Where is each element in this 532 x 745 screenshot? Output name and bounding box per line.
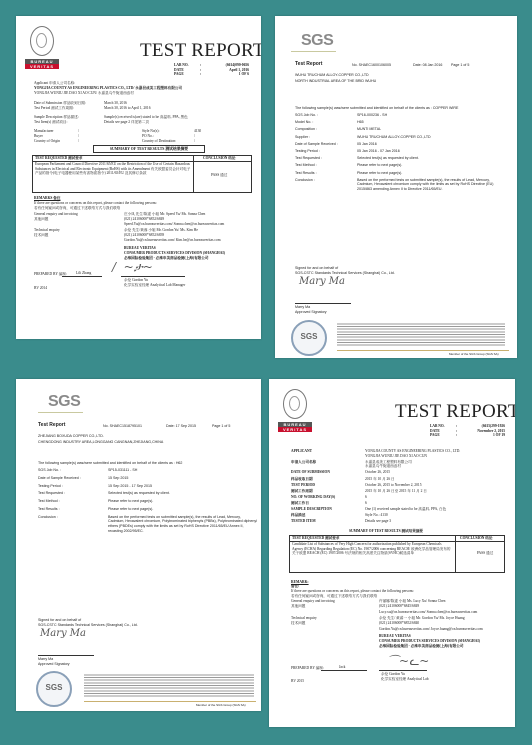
conclusion-pass: PASS 通过 (470, 551, 500, 556)
field-label: Test Results : (295, 171, 317, 176)
field-value: Selected test(s) as requested by client. (108, 491, 258, 496)
applicant-address: YONGJIA WUNIU JIE DAO XI AO CUN/ 永嘉县乌牛街道… (34, 91, 134, 96)
field-label: Test Requested : (295, 156, 322, 161)
field-value: 6 (365, 495, 505, 500)
sgs-seal-icon: SGS (36, 671, 72, 707)
applicant-name: YONGJIA COUNTY AS ENGINEERING PLASTICS C… (34, 86, 182, 91)
field-value: Sample(s) received is(are) stated to be … (104, 115, 188, 120)
field-value: 2015 年 10 月 26 日至 2015 年 11 月 2 日 (365, 489, 505, 494)
field-value: SP15-031111 - SH (108, 468, 258, 473)
field-label: TESTED ITEM (291, 519, 316, 524)
field-value: MUNTI METAL (357, 127, 507, 132)
field-value: Based on the performed tests on submitte… (108, 515, 258, 533)
contact-email[interactable]: Gordon.Yu@cn.bureauveritas.com/ Joyce.hu… (379, 627, 483, 632)
legal-fine-print (84, 674, 254, 698)
field-value: 05 Jan 2016 - 07 Jan 2016 (357, 149, 507, 154)
field-value: 15 Sep 2015 - 17 Sep 2015 (108, 484, 258, 489)
field-value: 05 Jan 2016 (357, 142, 507, 147)
bureau-veritas-logo: BUREAU VERITAS (25, 26, 59, 69)
test-report-sgs-h62: SGS Test Report No. SHAEC1518795101 Date… (16, 379, 261, 711)
field-value: Selected test(s) as requested by client. (357, 156, 507, 161)
results-table: TEST REQUESTED 测试要求 CONCLUSION 结论 Candid… (289, 535, 505, 573)
field-label: Date of Sample Received : (38, 476, 81, 481)
field-value: Please refer to next page(s). (108, 507, 258, 512)
legal-fine-print (337, 323, 505, 347)
signature: ⌒~ᓚ~ (387, 652, 429, 669)
field-value: H65 (357, 120, 507, 125)
test-report-bv-reach: BUREAU VERITAS TEST REPORT LAB NO.:(6615… (269, 379, 515, 727)
field-value: WUHU TRUCHUM ALLOY-COPPER CO.,LTD (357, 135, 507, 140)
signature: / ~ታ~ (112, 260, 153, 275)
test-report-sgs-copper-wire: SGS Test Report No. SHAEC1600106005 Date… (275, 16, 517, 358)
field-label: 申请人公司名称 (291, 460, 316, 465)
field-label: SAMPLE DESCRIPTION (291, 507, 332, 512)
field-label: Test Item(s) 测试项目: (34, 120, 67, 125)
field-value: Please refer to next page(s). (357, 163, 507, 168)
field-label: APPLICANT (291, 449, 312, 454)
field-value: March 30, 2016 to April 1, 2016 (104, 106, 151, 111)
report-meta: LAB NO.:(6614)090-0656 DATE:April 1, 201… (174, 63, 249, 77)
sgs-logo: SGS (301, 32, 333, 50)
signature: Mary Ma (299, 276, 345, 287)
report-title: TEST REPORT (140, 40, 261, 62)
field-value: SP16-000236 - SH (357, 113, 507, 118)
field-value: October 26, 2015 to November 2, 2015 (365, 483, 505, 488)
contact-email[interactable]: Speed.Yu@cn.bureauveritas.com/ Sonna.che… (124, 222, 224, 227)
field-label: 测试工作周期 (291, 489, 313, 494)
field-label: 样品收取日期 (291, 477, 313, 482)
field-label: Sample Description 样品描述: (34, 115, 79, 120)
field-value: Based on the performed tests on submitte… (357, 178, 507, 192)
field-label: Test Method : (38, 499, 60, 504)
field-label: 测试工作日 (291, 501, 309, 506)
field-value: One (1) received sample stated to be 高温料… (365, 507, 505, 512)
field-value: Please refer to next page(s). (108, 499, 258, 504)
field-value: October 26, 2015 (365, 470, 505, 475)
field-label: Test Period 测试工作周期: (34, 106, 74, 111)
bureau-veritas-seal-icon (283, 389, 307, 419)
field-label: Testing Period : (295, 149, 320, 154)
test-report-bv-rohs: BUREAU VERITAS TEST REPORT LAB NO.:(6614… (16, 16, 261, 339)
summary-title: SUMMARY OF TEST RESULTS 测试结果摘要 (93, 145, 205, 153)
field-label: Model No. : (295, 120, 313, 125)
field-value: 2015 年 10 月 26 日 (365, 477, 505, 482)
field-label: Conclusion : (295, 178, 315, 183)
field-label: NO. OF WORKING DAY(S) (291, 495, 335, 500)
sgs-logo: SGS (48, 393, 80, 411)
field-value: March 30, 2016 (104, 101, 127, 106)
test-requested: European Parliament and Council Directiv… (35, 162, 191, 176)
sgs-seal-icon: SGS (291, 320, 327, 356)
bureau-veritas-seal-icon (30, 26, 54, 56)
field-label: SGS Job No. : (295, 113, 318, 118)
applicant-label: Applicant 申请人公司名称: (34, 81, 75, 86)
field-label: DATE OF SUBMISSION (291, 470, 330, 475)
field-label: TEST PERIOD (291, 483, 315, 488)
field-value-secondary: YONGJIA WUNIU JIE DAO XI AO CUN (365, 454, 427, 459)
field-label: Date of Sample Received : (295, 142, 338, 147)
field-label: Date of Submission 样品收到日期: (34, 101, 86, 106)
field-label: SGS Job No. : (38, 468, 61, 473)
field-label: Test Method : (295, 163, 317, 168)
field-value: Please refer to next page(s). (357, 171, 507, 176)
field-label: Composition : (295, 127, 317, 132)
contact-email[interactable]: Gordon.Yu@cn.bureauveritas.com/ Kim.he@c… (124, 238, 221, 243)
field-label: Test Requested : (38, 491, 65, 496)
bureau-veritas-logo: BUREAU VERITAS (278, 389, 312, 432)
field-value: 15 Sep 2015 (108, 476, 258, 481)
field-value: Details see page 3 (365, 519, 505, 524)
summary-title: SUMMARY OF TEST RESULTS 测试结果摘要 (349, 529, 423, 534)
field-label: 样品描述 (291, 513, 305, 518)
field-label: Conclusion : (38, 515, 58, 520)
field-label: Testing Period : (38, 484, 63, 489)
report-title: TEST REPORT (395, 401, 515, 423)
field-value-secondary: 永嘉县乌牛街道西岙村 (365, 464, 401, 469)
report-meta: LAB NO.:(6615)299-1926 DATE:November 2, … (430, 424, 505, 438)
conclusion-pass: PASS 通过 (211, 173, 227, 178)
field-label: Test Results : (38, 507, 60, 512)
field-label: Supplier : (295, 135, 310, 140)
field-value: 6 (365, 501, 505, 506)
signature: Mary Ma (40, 628, 86, 639)
contact-email[interactable]: Lucy.xu@cn.bureauveritas.com/ Sonna.chen… (379, 610, 477, 615)
field-value: Details see page 2 详见第二页 (104, 120, 149, 125)
results-table: TEST REQUESTED 测试要求 CONCLUSION 结论 Europe… (32, 155, 252, 193)
test-requested: Candidate List of Substances of Very Hig… (292, 542, 452, 556)
field-value: Style No.: 4130 (365, 513, 505, 518)
